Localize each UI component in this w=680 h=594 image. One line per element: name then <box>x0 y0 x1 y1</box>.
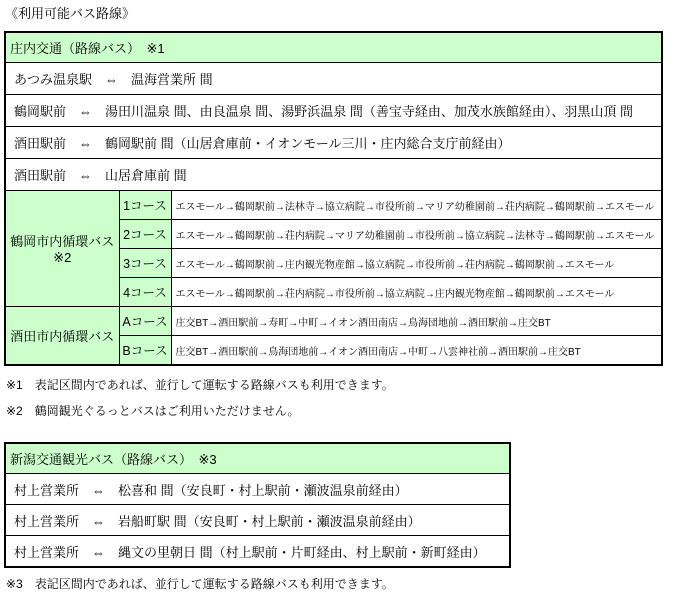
route-cell: 鶴岡駅前 ⇔ 湯田川温泉 間、由良温泉 間、湯野浜温泉 間（善宝寺経由、加茂水族… <box>5 95 662 127</box>
niigata-bus-table: 新潟交通観光バス（路線バス） ※3 村上営業所 ⇔ 松喜和 間（安良町・村上駅前… <box>4 442 511 568</box>
page-title: 《利用可能バス路線》 <box>5 6 680 21</box>
course-route-cell: エスモール→鶴岡駅前→荘内病院→マリア幼稚園前→市役所前→協立病院→法林寺→鶴岡… <box>171 220 662 249</box>
route-cell: 村上営業所 ⇔ 縄文の里朝日 間（村上駅前・片町経由、村上駅前・新町経由） <box>5 536 510 568</box>
route-cell: 酒田駅前 ⇔ 鶴岡駅前 間（山居倉庫前・イオンモール三川・庄内総合支庁前経由） <box>5 127 662 159</box>
table2-header: 新潟交通観光バス（路線バス） ※3 <box>5 443 510 474</box>
route-cell: 酒田駅前 ⇔ 山居倉庫前 間 <box>5 159 662 191</box>
table-row: 村上営業所 ⇔ 松喜和 間（安良町・村上駅前・瀬波温泉前経由） <box>5 474 510 505</box>
course-name-cell: 2コース <box>119 220 171 249</box>
course-name-cell: 1コース <box>119 191 171 220</box>
footnotes-table1: ※1 表記区間内であれば、並行して運転する路線バスも利用できます。 ※2 鶴岡観… <box>4 378 680 418</box>
course-name-cell: Aコース <box>119 307 171 336</box>
course-name-cell: 3コース <box>119 249 171 278</box>
route-cell: 村上営業所 ⇔ 松喜和 間（安良町・村上駅前・瀬波温泉前経由） <box>5 474 510 505</box>
group-label: 鶴岡市内循環バス <box>6 231 119 250</box>
table-row: 酒田駅前 ⇔ 山居倉庫前 間 <box>5 159 662 191</box>
table-row: 酒田市内循環バス Aコース 庄交BT→酒田駅前→寿町→中町→イオン酒田南店→鳥海… <box>5 307 662 336</box>
table-row: 酒田駅前 ⇔ 鶴岡駅前 間（山居倉庫前・イオンモール三川・庄内総合支庁前経由） <box>5 127 662 159</box>
document-page: 《利用可能バス路線》 庄内交通（路線バス） ※1 あつみ温泉駅 ⇔ 温海営業所 … <box>0 0 680 594</box>
route-cell: 村上営業所 ⇔ 岩船町駅 間（安良町・村上駅前・瀬波温泉前経由） <box>5 505 510 536</box>
table-row: 鶴岡駅前 ⇔ 湯田川温泉 間、由良温泉 間、湯野浜温泉 間（善宝寺経由、加茂水族… <box>5 95 662 127</box>
course-name-cell: 4コース <box>119 278 171 307</box>
group-label-cell: 酒田市内循環バス <box>5 307 119 366</box>
table-row: 鶴岡市内循環バス ※2 1コース エスモール→鶴岡駅前→法林寺→協立病院→市役所… <box>5 191 662 220</box>
table-header-row: 新潟交通観光バス（路線バス） ※3 <box>5 443 510 474</box>
group-label: 酒田市内循環バス <box>6 326 119 345</box>
shonai-bus-table: 庄内交通（路線バス） ※1 あつみ温泉駅 ⇔ 温海営業所 間 鶴岡駅前 ⇔ 湯田… <box>4 31 663 366</box>
table1-header: 庄内交通（路線バス） ※1 <box>5 32 662 63</box>
course-route-cell: 庄交BT→酒田駅前→寿町→中町→イオン酒田南店→鳥海団地前→酒田駅前→庄交BT <box>171 307 662 336</box>
group-label-cell: 鶴岡市内循環バス ※2 <box>5 191 119 307</box>
table-row: 村上営業所 ⇔ 岩船町駅 間（安良町・村上駅前・瀬波温泉前経由） <box>5 505 510 536</box>
route-cell: あつみ温泉駅 ⇔ 温海営業所 間 <box>5 63 662 95</box>
note-1: ※1 表記区間内であれば、並行して運転する路線バスも利用できます。 <box>6 378 680 392</box>
course-name-cell: Bコース <box>119 336 171 366</box>
course-route-cell: 庄交BT→酒田駅前→鳥海団地前→イオン酒田南店→中町→八雲神社前→酒田駅前→庄交… <box>171 336 662 366</box>
course-route-cell: エスモール→鶴岡駅前→荘内病院→市役所前→協立病院→庄内観光物産館→鶴岡駅前→エ… <box>171 278 662 307</box>
group-label-note: ※2 <box>6 250 119 266</box>
table-row: 村上営業所 ⇔ 縄文の里朝日 間（村上駅前・片町経由、村上駅前・新町経由） <box>5 536 510 568</box>
course-route-cell: エスモール→鶴岡駅前→庄内観光物産館→協立病院→市役所前→荘内病院→鶴岡駅前→エ… <box>171 249 662 278</box>
course-route-cell: エスモール→鶴岡駅前→法林寺→協立病院→市役所前→マリア幼稚園前→荘内病院→鶴岡… <box>171 191 662 220</box>
note-2: ※2 鶴岡観光ぐるっとバスはご利用いただけません。 <box>6 404 680 418</box>
table-row: あつみ温泉駅 ⇔ 温海営業所 間 <box>5 63 662 95</box>
note-3: ※3 表記区間内であれば、並行して運転する路線バスも利用できます。 <box>6 577 680 591</box>
table-header-row: 庄内交通（路線バス） ※1 <box>5 32 662 63</box>
